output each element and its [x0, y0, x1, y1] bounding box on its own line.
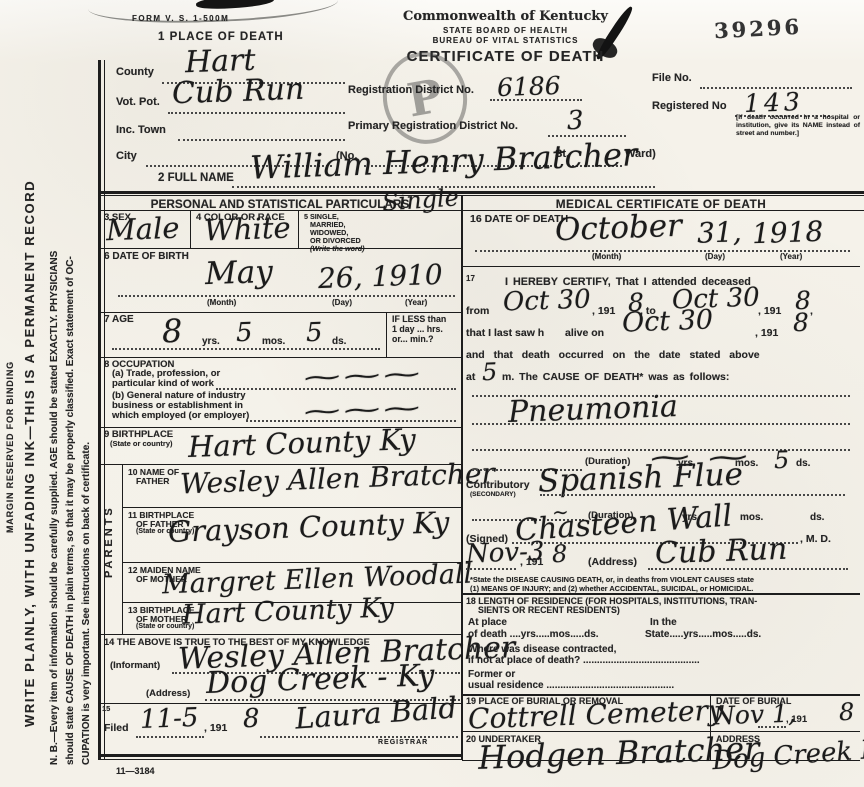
of-death-line: of death ....yrs.....mos.....ds. — [468, 629, 599, 640]
occupation-b-label-3: which employed (or employer) — [112, 410, 249, 421]
registered-no-label: Registered No — [652, 100, 727, 112]
margin-nb-line1: N. B.—Every item of information should b… — [49, 251, 60, 765]
dob-year-caption: (Year) — [405, 298, 427, 307]
dob-month-value: May — [204, 254, 273, 292]
last-seen-year-value: 8 — [792, 308, 809, 338]
occupation-b-value: ~~~ — [300, 394, 420, 426]
occurred-statement: and that death occurred on the date stat… — [466, 349, 760, 361]
filed-date-value: 11-5 — [139, 703, 198, 735]
bottom-rule — [98, 754, 462, 757]
dotted-line — [648, 566, 848, 570]
at-place-label: At place — [468, 617, 507, 628]
box-divider — [190, 210, 191, 248]
dob-month-caption: (Month) — [207, 298, 236, 307]
primary-registration-label: Primary Registration District No. — [348, 120, 518, 132]
physician-address-label: (Address) — [588, 556, 637, 568]
certify-from-label: from — [466, 305, 489, 317]
where-contracted-label-1: Where was disease contracted, — [468, 644, 616, 655]
date-of-death-year-value: 1918 — [751, 215, 823, 250]
date-of-death-label: 16 DATE OF DEATH — [470, 213, 568, 225]
burial-year-value: 8 — [839, 698, 855, 727]
filed-label: Filed — [104, 722, 129, 734]
plate-code: 11—3184 — [116, 766, 155, 776]
registration-district-value: 6186 — [497, 71, 562, 102]
secondary-label: (SECONDARY) — [470, 491, 516, 498]
box-divider — [298, 210, 299, 248]
certify-section-number: 17 — [466, 274, 475, 283]
printed-191-a: , 191 — [592, 305, 615, 317]
registrar-label: REGISTRAR — [378, 739, 428, 746]
dotted-line — [112, 346, 380, 350]
former-residence-label-2: usual residence ........................… — [468, 680, 674, 691]
bureau-heading: BUREAU OF VITAL STATISTICS — [398, 36, 613, 45]
informant-address-label: (Address) — [146, 688, 190, 699]
death-certificate-scan: MARGIN RESERVED FOR BINDING WRITE PLAINL… — [0, 0, 864, 787]
box-rule — [98, 357, 462, 358]
state-board-heading: STATE BOARD OF HEALTH — [398, 26, 613, 35]
dotted-line — [118, 293, 455, 297]
form-code: FORM V. S. 1-500M — [132, 14, 229, 23]
comma-mark: , — [810, 305, 813, 317]
full-name-label: 2 FULL NAME — [158, 172, 234, 184]
margin-write-plainly-note: WRITE PLAINLY, WITH UNFADING INK—THIS IS… — [22, 180, 37, 727]
stamp-letter: P — [403, 68, 446, 127]
date-of-death-month-value: October — [554, 208, 682, 248]
filed-section-number: 15 — [102, 704, 110, 713]
full-name-value: William Henry Bratcher — [249, 135, 637, 186]
inc-town-label: Inc. Town — [116, 124, 166, 136]
cause-footnote-1: *State the DISEASE CAUSING DEATH, or, in… — [470, 575, 754, 584]
printed-191-e: , 191 — [786, 714, 807, 725]
county-label: County — [116, 66, 154, 78]
dob-day-year-value: 26, 1910 — [317, 258, 443, 295]
last-saw-label: that I last saw h — [466, 327, 544, 339]
if-less-label-2: 1 day ... hrs. — [392, 324, 443, 334]
duration1-days-value: 5 — [774, 446, 790, 475]
box-rule — [98, 312, 462, 313]
form-left-border — [98, 60, 101, 760]
registration-district-label: Registration District No. — [348, 84, 474, 96]
alive-on-label: alive on — [565, 327, 604, 339]
cause-of-death-lead: m. The CAUSE OF DEATH* was as follows: — [502, 371, 729, 383]
age-days-value: 5 — [305, 318, 323, 349]
box-divider — [386, 312, 387, 357]
signature-year-value: 8 — [552, 540, 568, 569]
in-the-label: In the — [650, 617, 677, 628]
box-divider — [122, 464, 123, 634]
sex-value: Male — [105, 211, 180, 248]
city-label: City — [116, 150, 137, 162]
parents-group-label: PARENTS — [103, 505, 115, 578]
dotted-line — [540, 492, 845, 496]
contributory-label: Contributory — [466, 479, 530, 491]
at-label: at — [466, 371, 475, 383]
birthplace-value: Hart County Ky — [187, 422, 416, 464]
filed-year-value: 8 — [242, 704, 260, 735]
father-name-label-2: FATHER — [136, 476, 169, 486]
filed-year-printed: , 191 — [204, 722, 227, 734]
age-years-value: 8 — [161, 312, 183, 351]
place-of-death-heading: 1 PLACE OF DEATH — [158, 31, 284, 43]
date-of-death-day-value: 31, — [696, 215, 742, 250]
birthplace-sub-label: (State or country) — [110, 439, 173, 448]
box-rule — [462, 593, 860, 595]
duration2-ds-label: ds. — [810, 512, 824, 523]
commonwealth-heading: Commonwealth of Kentucky — [398, 9, 613, 24]
file-no-label: File No. — [652, 72, 692, 84]
dotted-line — [168, 110, 345, 114]
margin-binding-note: MARGIN RESERVED FOR BINDING — [5, 361, 15, 533]
time-of-death-value: 5 — [482, 358, 498, 387]
printed-191-c: , 191 — [755, 327, 778, 339]
dotted-line — [472, 421, 850, 425]
bottom-rule-right — [462, 760, 860, 761]
certificate-number-stamp: 39296 — [713, 14, 802, 44]
primary-registration-value: 3 — [566, 106, 584, 137]
margin-nb-line2: should state CAUSE OF DEATH in plain ter… — [65, 256, 76, 765]
dotted-line — [136, 734, 204, 738]
box-rule — [462, 266, 860, 267]
father-birthplace-value: Grayson County Ky — [167, 505, 449, 549]
attended-from-value: Oct 30 — [503, 284, 592, 317]
occupation-a-value: ~~~ — [300, 360, 420, 392]
occupation-a-label-2: particular kind of work — [112, 378, 214, 389]
vot-pot-value: Cub Run — [171, 72, 304, 112]
dotted-line — [758, 724, 786, 728]
mother-birthplace-value: Hart County Ky — [182, 592, 395, 630]
if-less-label-3: or... min.? — [392, 334, 434, 344]
residence-label-2: SIENTS OR RECENT RESIDENTS) — [478, 605, 620, 615]
dotted-line — [466, 566, 516, 570]
vot-pot-label: Vot. Pot. — [116, 96, 160, 108]
cause-footnote-2: (1) MEANS OF INJURY; and (2) whether ACC… — [470, 584, 753, 593]
dob-day-caption: (Day) — [332, 298, 352, 307]
form-left-border-inner — [104, 60, 105, 760]
dotted-line — [178, 137, 345, 141]
race-value: White — [203, 210, 291, 247]
md-label: , M. D. — [800, 533, 831, 545]
section-rule-thin — [98, 195, 864, 196]
dod-year-caption: (Year) — [780, 252, 802, 261]
printed-191-b: , 191 — [758, 305, 781, 317]
dod-month-caption: (Month) — [592, 252, 621, 261]
former-residence-label-1: Former or — [468, 669, 515, 680]
bottom-rule-thin — [98, 759, 462, 760]
printed-191-d: , 191 — [520, 556, 543, 568]
last-seen-date-value: Oct 30 — [621, 304, 713, 338]
box-rule — [98, 248, 462, 249]
duration1-ds-label: ds. — [796, 458, 810, 469]
dod-day-caption: (Day) — [705, 252, 725, 261]
dotted-line — [260, 734, 458, 738]
informant-label: (Informant) — [110, 660, 160, 671]
age-months-value: 5 — [235, 318, 253, 349]
age-label: 7 AGE — [104, 314, 134, 325]
section-rule — [98, 191, 864, 194]
marital-value: Single — [381, 183, 460, 216]
duration2-mos-label: mos. — [740, 512, 763, 523]
where-contracted-label-2: if not at place of death? ..............… — [468, 655, 700, 666]
dob-label: 6 DATE OF BIRTH — [104, 251, 189, 262]
hospital-note: [If death occurred in a hospital or inst… — [736, 114, 860, 139]
margin-nb-line3: CUPATION is very important. See instruct… — [81, 442, 92, 765]
state-line: State.....yrs.....mos.....ds. — [645, 629, 761, 640]
if-less-label-1: IF LESS than — [392, 314, 446, 324]
